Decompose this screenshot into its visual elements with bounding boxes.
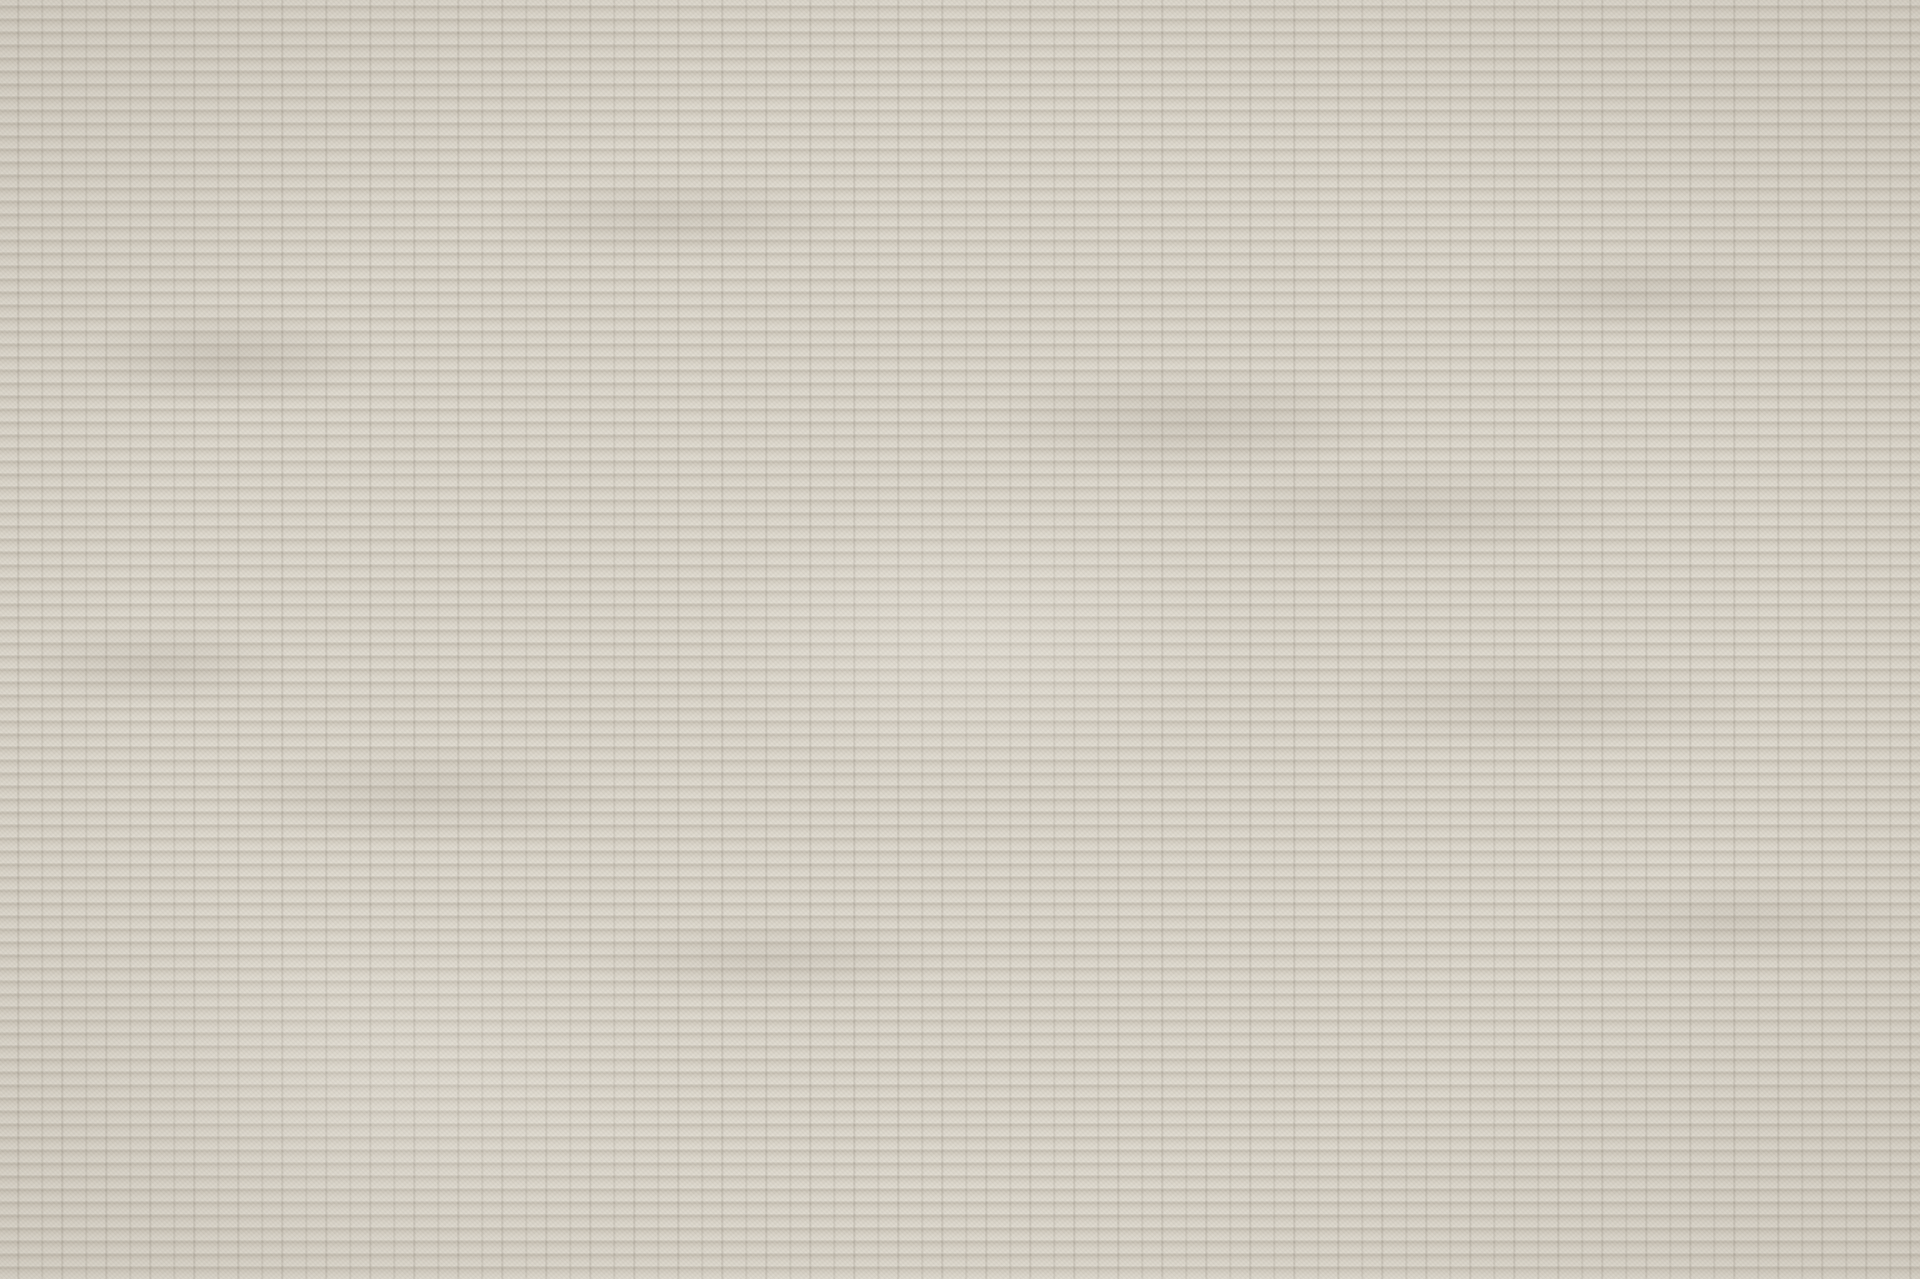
vignette bbox=[0, 0, 1920, 1279]
fabric-texture-photo: Close-up of beige chenille upholstery fa… bbox=[0, 0, 1920, 1279]
